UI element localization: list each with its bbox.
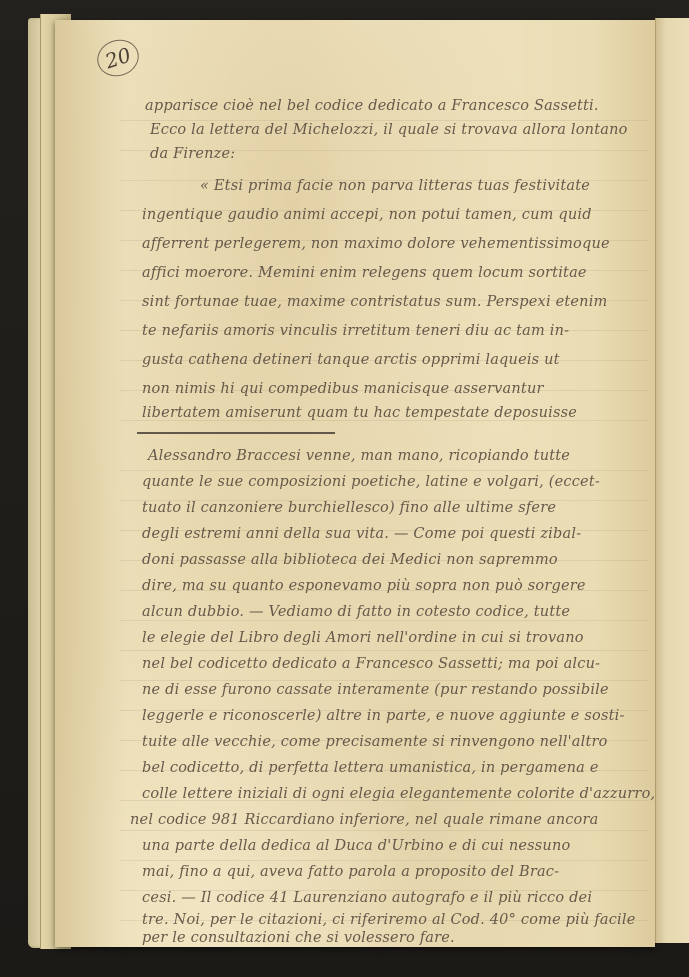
ruled-line xyxy=(120,650,649,651)
ruled-line xyxy=(120,860,649,861)
text-line: gusta cathena detineri tanque arctis opp… xyxy=(142,352,560,368)
footnote-line: tuite alle vecchie, come precisamente si… xyxy=(142,734,608,750)
text-line: te nefariis amoris vinculis irretitum te… xyxy=(142,323,569,339)
footnote-line: dire, ma su quanto esponevamo più sopra … xyxy=(142,578,586,594)
ruled-line xyxy=(120,680,649,681)
text-line: « Etsi prima facie non parva litteras tu… xyxy=(200,178,590,194)
text-line: sint fortunae tuae, maxime contristatus … xyxy=(142,294,608,310)
footnote-line: per le consultazioni che si volessero fa… xyxy=(142,930,455,946)
text-line: affici moerore. Memini enim relegens que… xyxy=(142,265,587,281)
text-line: libertatem amiserunt quam tu hac tempest… xyxy=(142,405,577,421)
text-line: afferrent perlegerem, non maximo dolore … xyxy=(142,236,610,252)
footnote-line: alcun dubbio. — Vediamo di fatto in cote… xyxy=(142,604,570,620)
footnote-line: degli estremi anni della sua vita. — Com… xyxy=(142,526,581,542)
text-line: ingentique gaudio animi accepi, non potu… xyxy=(142,207,592,223)
footnote-line: quante le sue composizioni poetiche, lat… xyxy=(142,474,600,490)
footnote-line: tuato il canzoniere burchiellesco) fino … xyxy=(142,500,556,516)
footnote-separator xyxy=(137,432,335,434)
ruled-line xyxy=(120,120,649,121)
scan-background: 20 apparisce cioè nel bel codice dedicat… xyxy=(0,0,689,977)
text-line: apparisce cioè nel bel codice dedicato a… xyxy=(145,98,599,114)
footnote-line: mai, fino a qui, aveva fatto parola a pr… xyxy=(142,864,559,880)
footnote-line: colle lettere iniziali di ogni elegia el… xyxy=(142,786,655,802)
footnote-line: nel bel codicetto dedicato a Francesco S… xyxy=(142,656,600,672)
footnote-line: cesi. — Il codice 41 Laurenziano autogra… xyxy=(142,890,592,906)
footnote-line: Alessandro Braccesi venne, man mano, ric… xyxy=(148,448,570,464)
footnote-line: le elegie del Libro degli Amori nell'ord… xyxy=(142,630,584,646)
ruled-line xyxy=(120,470,649,471)
footnote-line: tre. Noi, per le citazioni, ci riferirem… xyxy=(142,912,636,928)
footnote-line: bel codicetto, di perfetta lettera umani… xyxy=(142,760,599,776)
text-line: Ecco la lettera del Michelozzi, il quale… xyxy=(150,122,628,138)
footnote-line: una parte della dedica al Duca d'Urbino … xyxy=(142,838,570,854)
footnote-line: leggerle e riconoscerle) altre in parte,… xyxy=(142,708,625,724)
ruled-line xyxy=(120,620,649,621)
text-line: da Firenze: xyxy=(150,146,235,162)
text-line: non nimis hi qui compedibus manicisque a… xyxy=(142,381,544,397)
footnote-line: nel codice 981 Riccardiano inferiore, ne… xyxy=(130,812,598,828)
facing-page-edge xyxy=(655,18,689,943)
ruled-line xyxy=(120,830,649,831)
footnote-line: doni passasse alla biblioteca dei Medici… xyxy=(142,552,558,568)
footnote-line: ne di esse furono cassate interamente (p… xyxy=(142,682,609,698)
